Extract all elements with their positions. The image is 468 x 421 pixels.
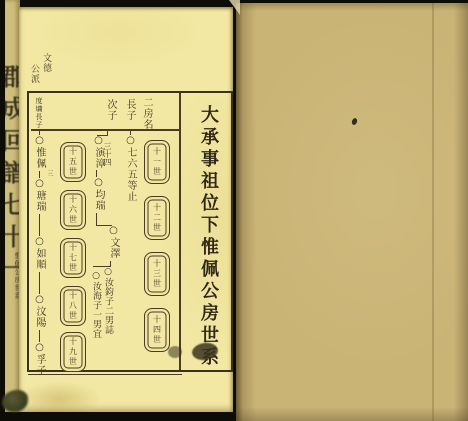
connector-line [39, 330, 40, 342]
margin-note-wende: 文德 [40, 53, 53, 73]
page-crease [432, 3, 434, 421]
generation-label: 十七世 [68, 243, 79, 273]
lineage-name: ○均瑞 [91, 177, 106, 211]
generation-box-14: 十四世 [144, 308, 170, 352]
bottom-double-rule [28, 374, 182, 375]
generation-label: 十三世 [152, 259, 163, 289]
generation-box-18: 十八世 [60, 286, 86, 326]
generation-box-16: 十六世 [60, 190, 86, 230]
left-page: 文德 公派 大承事祖位下惟佩公房世系 二房名 長子 次子 度墉長子 十一世 十二… [19, 7, 233, 412]
genealogy-chart: 大承事祖位下惟佩公房世系 二房名 長子 次子 度墉長子 十一世 十二世 十三世 … [27, 91, 233, 372]
generation-label: 十九世 [68, 337, 79, 367]
generation-label: 十二世 [152, 203, 163, 233]
generation-box-17: 十七世 [60, 238, 86, 278]
connector-line [39, 171, 40, 178]
generation-label: 十六世 [68, 195, 79, 225]
connector-line [96, 170, 97, 177]
generation-box-15: 十五世 [60, 142, 86, 182]
connector-line [96, 213, 97, 225]
generation-box-12: 十二世 [144, 196, 170, 240]
lineage-name: ○惟佩 [32, 135, 47, 169]
ink-smudge [168, 346, 182, 358]
lineage-name: ○瑭瑞 [32, 178, 47, 212]
lineage-name: ○汶陽 [32, 294, 47, 328]
generation-label: 十四世 [152, 315, 163, 345]
lineage-name: ○演漳 [91, 135, 106, 169]
header-eldest-son: 長子 [122, 99, 137, 121]
header-second-son: 次子 [103, 99, 118, 121]
generation-label: 十八世 [68, 291, 79, 321]
connector-line [39, 272, 40, 294]
lineage-name: ○文澤 [106, 225, 121, 259]
lineage-name: ○孚子 [32, 342, 47, 376]
generation-label: 十五世 [68, 147, 79, 177]
lineage-name: ○如順 [32, 236, 47, 270]
title-column-divider [179, 93, 181, 370]
chart-title: 大承事祖位下惟佩公房世系 [187, 105, 221, 363]
generation-box-13: 十三世 [144, 252, 170, 296]
generation-label: 十一世 [152, 147, 163, 177]
left-chain-note: 三 [45, 170, 54, 176]
generation-box-11: 十一世 [144, 140, 170, 184]
book-scan: 郡成回譜七十一 惟佩公房世系 文德 公派 大承事祖位下惟佩公房世系 二房名 長子… [0, 0, 468, 421]
generation-box-19: 十九世 [60, 332, 86, 372]
eldest-line-text: ○七六五等止 [123, 135, 138, 202]
header-left-lineage: 度墉長子 [34, 97, 44, 129]
header-branch: 二房名 [139, 97, 154, 130]
header-separator-line [31, 129, 179, 131]
lineage-branch-name: ○汝海子一男宜 [90, 271, 103, 339]
adjacent-page-edge: 郡成回譜七十一 [5, 0, 20, 412]
connector-line [39, 214, 40, 236]
margin-note-gongpai: 公派 [28, 64, 41, 84]
lineage-branch-name: ○汝鈞子二男誌 [102, 267, 115, 335]
right-page [236, 3, 468, 421]
